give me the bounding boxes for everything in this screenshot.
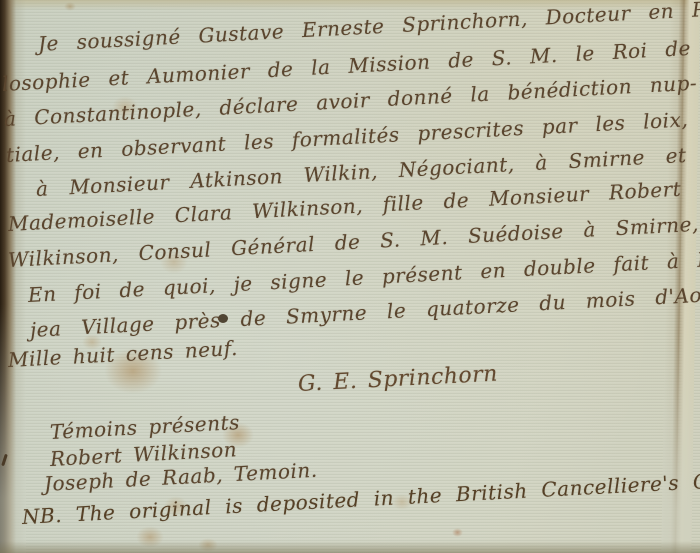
stain (452, 528, 463, 537)
signature: G. E. Sprinchorn (297, 362, 498, 397)
manuscript-page: Je soussigné Gustave Erneste Sprinchorn,… (0, 0, 700, 553)
page-bottom-edge-shadow (0, 541, 700, 553)
